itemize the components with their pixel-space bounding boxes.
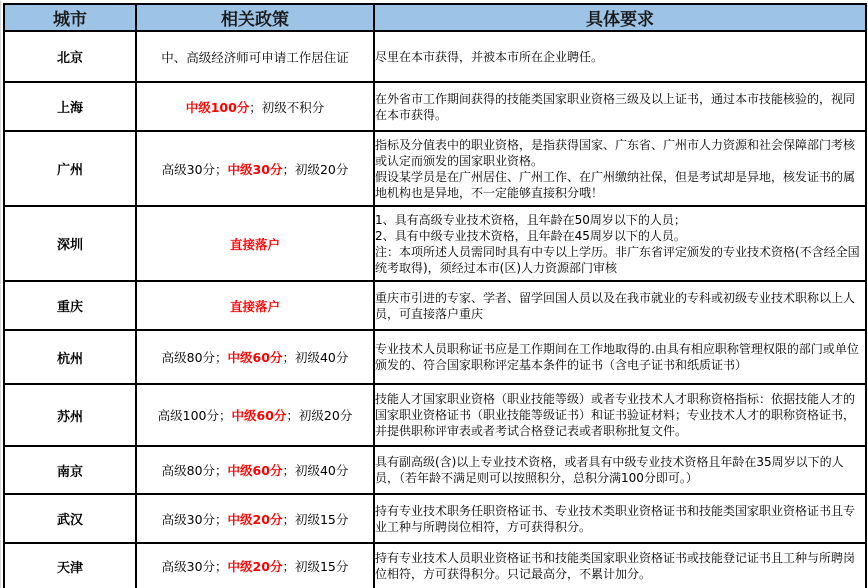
policy-highlight: 中级100分 <box>186 100 250 115</box>
policy-text: ；初级20分 <box>286 408 352 423</box>
header-city[interactable]: 城市 <box>4 4 136 31</box>
requirement-text: 尽里在本市获得，并被本市所在企业聘任。 <box>375 49 865 65</box>
policy-highlight: 中级20分 <box>228 559 283 574</box>
table-row: 上海 中级100分；初级不积分 在外省市工作期间获得的技能类国家职业资格三级及以… <box>4 82 866 131</box>
policy-text: ；初级40分 <box>282 463 348 478</box>
policy-text: ；初级20分 <box>282 162 348 177</box>
table-row: 天津 高级30分；中级20分；初级15分 持有专业技术人员职业资格证书和技能类国… <box>4 543 866 588</box>
policy-highlight: 直接落户 <box>230 299 280 314</box>
city-cell[interactable]: 深圳 <box>4 206 136 281</box>
city-cell[interactable]: 天津 <box>4 543 136 588</box>
policy-highlight: 直接落户 <box>230 237 280 252</box>
policy-cell[interactable]: 中级100分；初级不积分 <box>136 82 374 131</box>
policy-highlight: 中级60分 <box>228 463 283 478</box>
policy-text: 高级100分； <box>158 408 232 423</box>
policy-text: 高级80分； <box>162 463 228 478</box>
policy-cell[interactable]: 直接落户 <box>136 206 374 281</box>
requirement-cell[interactable]: 在外省市工作期间获得的技能类国家职业资格三级及以上证书，通过本市技能核验的，视同… <box>374 82 866 131</box>
policy-text: ；初级不积分 <box>249 100 324 115</box>
policy-highlight: 中级30分 <box>228 162 283 177</box>
policy-text: 高级80分； <box>162 350 228 365</box>
table-row: 重庆 直接落户 重庆市引进的专家、学者、留学回国人员以及在我市就业的专科或初级专… <box>4 281 866 330</box>
policy-text: ；初级40分 <box>282 350 348 365</box>
requirement-cell[interactable]: 持有专业技术人员职业资格证书和技能类国家职业资格证书或技能登记证书且工种与所聘岗… <box>374 543 866 588</box>
requirement-cell[interactable]: 具有副高级(含)以上专业技术资格，或者具有中级专业技术资格且年龄在35周岁以下的… <box>374 446 866 494</box>
requirement-cell[interactable]: 专业技术人员职称证书应是工作期间在工作地取得的.由具有相应职称管理权限的部门或单… <box>374 330 866 384</box>
policy-cell[interactable]: 高级30分；中级20分；初级15分 <box>136 543 374 588</box>
table-row: 广州 高级30分；中级30分；初级20分 指标及分值表中的职业资格，是指获得国家… <box>4 131 866 206</box>
requirement-cell[interactable]: 1、具有高级专业技术资格，且年龄在50周岁以下的人员；2、具有中级专业技术资格，… <box>374 206 866 281</box>
requirement-text: 持有专业技术职务任职资格证书、专业技术类职业资格证书和技能类国家职业资格证书且专… <box>375 503 865 535</box>
policy-text: 高级30分； <box>162 512 228 527</box>
city-cell[interactable]: 广州 <box>4 131 136 206</box>
table-row: 深圳 直接落户 1、具有高级专业技术资格，且年龄在50周岁以下的人员；2、具有中… <box>4 206 866 281</box>
table-row: 南京 高级80分；中级60分；初级40分 具有副高级(含)以上专业技术资格，或者… <box>4 446 866 494</box>
requirement-text: 指标及分值表中的职业资格，是指获得国家、广东省、广州市人力资源和社会保障部门考核… <box>375 137 865 169</box>
policy-cell[interactable]: 直接落户 <box>136 281 374 330</box>
table-row: 杭州 高级80分；中级60分；初级40分 专业技术人员职称证书应是工作期间在工作… <box>4 330 866 384</box>
policy-cell[interactable]: 高级30分；中级20分；初级15分 <box>136 494 374 543</box>
city-cell[interactable]: 北京 <box>4 31 136 82</box>
requirement-text: 1、具有高级专业技术资格，且年龄在50周岁以下的人员； <box>375 212 865 228</box>
policy-highlight: 中级60分 <box>228 350 283 365</box>
city-cell[interactable]: 上海 <box>4 82 136 131</box>
city-cell[interactable]: 苏州 <box>4 384 136 446</box>
policy-cell[interactable]: 高级100分；中级60分；初级20分 <box>136 384 374 446</box>
requirement-text: 注：本项所述人员需同时具有中专以上学历。非广东省评定颁发的专业技术资格(不含经全… <box>375 244 865 276</box>
requirement-cell[interactable]: 技能人才国家职业资格（职业技能等级）或者专业技术人才职称资格指标：依据技能人才的… <box>374 384 866 446</box>
policy-text: 高级30分； <box>162 559 228 574</box>
requirement-text: 专业技术人员职称证书应是工作期间在工作地取得的.由具有相应职称管理权限的部门或单… <box>375 341 865 373</box>
city-cell[interactable]: 重庆 <box>4 281 136 330</box>
header-row: 城市 相关政策 具体要求 <box>4 4 866 31</box>
policy-highlight: 中级60分 <box>232 408 287 423</box>
requirement-text: 技能人才国家职业资格（职业技能等级）或者专业技术人才职称资格指标：依据技能人才的… <box>375 391 865 439</box>
requirement-text: 2、具有中级专业技术资格，且年龄在45周岁以下的人员。 <box>375 228 865 244</box>
policy-text: ；初级15分 <box>282 559 348 574</box>
policy-cell[interactable]: 高级80分；中级60分；初级40分 <box>136 330 374 384</box>
requirement-cell[interactable]: 持有专业技术职务任职资格证书、专业技术类职业资格证书和技能类国家职业资格证书且专… <box>374 494 866 543</box>
requirement-text: 重庆市引进的专家、学者、留学回国人员以及在我市就业的专科或初级专业技术职称以上人… <box>375 290 865 322</box>
requirement-text: 持有专业技术人员职业资格证书和技能类国家职业资格证书或技能登记证书且工种与所聘岗… <box>375 550 865 582</box>
requirement-cell[interactable]: 重庆市引进的专家、学者、留学回国人员以及在我市就业的专科或初级专业技术职称以上人… <box>374 281 866 330</box>
requirement-cell[interactable]: 尽里在本市获得，并被本市所在企业聘任。 <box>374 31 866 82</box>
policy-cell[interactable]: 高级30分；中级30分；初级20分 <box>136 131 374 206</box>
policy-text: 高级30分； <box>162 162 228 177</box>
header-policy[interactable]: 相关政策 <box>136 4 374 31</box>
city-cell[interactable]: 南京 <box>4 446 136 494</box>
policy-highlight: 中级20分 <box>228 512 283 527</box>
requirement-cell[interactable]: 指标及分值表中的职业资格，是指获得国家、广东省、广州市人力资源和社会保障部门考核… <box>374 131 866 206</box>
table-row: 北京 中、高级经济师可申请工作居住证 尽里在本市获得，并被本市所在企业聘任。 <box>4 31 866 82</box>
header-requirement[interactable]: 具体要求 <box>374 4 866 31</box>
city-cell[interactable]: 杭州 <box>4 330 136 384</box>
policy-cell[interactable]: 中、高级经济师可申请工作居住证 <box>136 31 374 82</box>
table-row: 苏州 高级100分；中级60分；初级20分 技能人才国家职业资格（职业技能等级）… <box>4 384 866 446</box>
requirement-text: 具有副高级(含)以上专业技术资格，或者具有中级专业技术资格且年龄在35周岁以下的… <box>375 454 865 486</box>
requirement-text: 在外省市工作期间获得的技能类国家职业资格三级及以上证书，通过本市技能核验的，视同… <box>375 91 865 123</box>
policy-text: 中、高级经济师可申请工作居住证 <box>161 50 349 65</box>
table-row: 武汉 高级30分；中级20分；初级15分 持有专业技术职务任职资格证书、专业技术… <box>4 494 866 543</box>
policy-cell[interactable]: 高级80分；中级60分；初级40分 <box>136 446 374 494</box>
city-cell[interactable]: 武汉 <box>4 494 136 543</box>
requirement-text: 假设某学员是在广州居住、广州工作、在广州缴纳社保，但是考试却是异地，核发证书的属… <box>375 169 865 201</box>
city-policy-table: 城市 相关政策 具体要求 北京 中、高级经济师可申请工作居住证 尽里在本市获得，… <box>3 3 867 588</box>
policy-text: ；初级15分 <box>282 512 348 527</box>
